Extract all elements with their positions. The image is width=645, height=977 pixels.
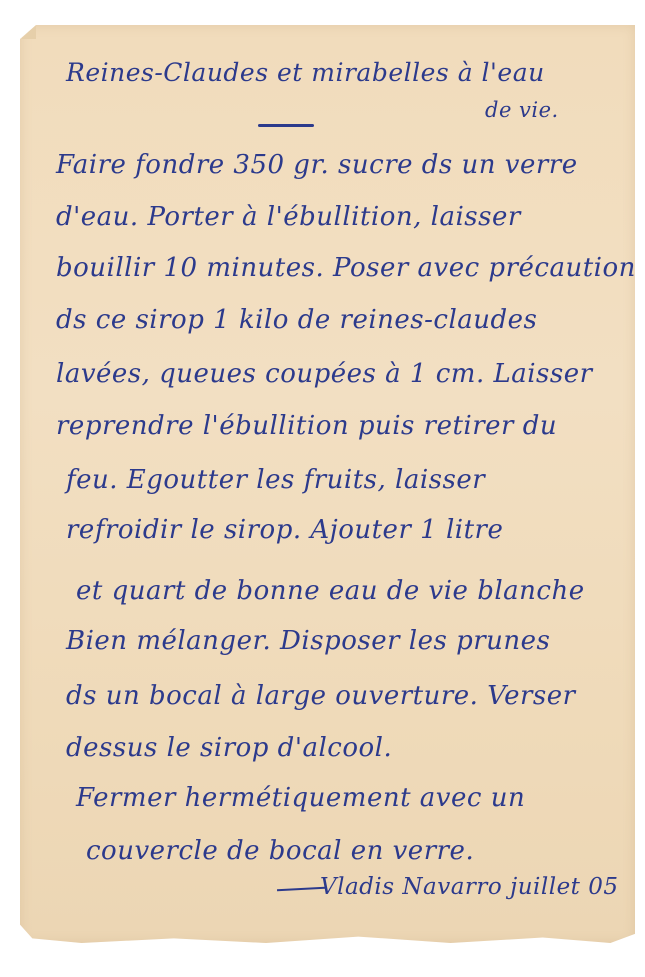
signature: Vladis Navarro juillet 05 xyxy=(320,876,619,899)
recipe-line: reprendre l'ébullition puis retirer du xyxy=(56,413,557,439)
recipe-line: ds ce sirop 1 kilo de reines-claudes xyxy=(56,307,537,333)
recipe-line: couvercle de bocal en verre. xyxy=(86,838,474,864)
recipe-line: Fermer hermétiquement avec un xyxy=(76,785,525,811)
folded-corner-cutout xyxy=(20,25,36,39)
recipe-line: dessus le sirop d'alcool. xyxy=(66,735,392,761)
recipe-title: Reines-Claudes et mirabelles à l'eau xyxy=(66,60,545,85)
recipe-line: lavées, queues coupées à 1 cm. Laisser xyxy=(56,361,593,387)
recipe-line: et quart de bonne eau de vie blanche xyxy=(76,578,585,604)
recipe-line: feu. Egoutter les fruits, laisser xyxy=(66,467,485,493)
recipe-line: Faire fondre 350 gr. sucre ds un verre xyxy=(56,152,578,178)
recipe-line: d'eau. Porter à l'ébullition, laisser xyxy=(56,204,521,230)
recipe-line: refroidir le sirop. Ajouter 1 litre xyxy=(66,517,503,543)
title-underline-divider xyxy=(258,124,314,127)
recipe-line: Bien mélanger. Disposer les prunes xyxy=(66,628,550,654)
recipe-title-continued: de vie. xyxy=(485,100,559,121)
recipe-line: bouillir 10 minutes. Poser avec précauti… xyxy=(56,255,636,281)
recipe-line: ds un bocal à large ouverture. Verser xyxy=(66,683,576,709)
